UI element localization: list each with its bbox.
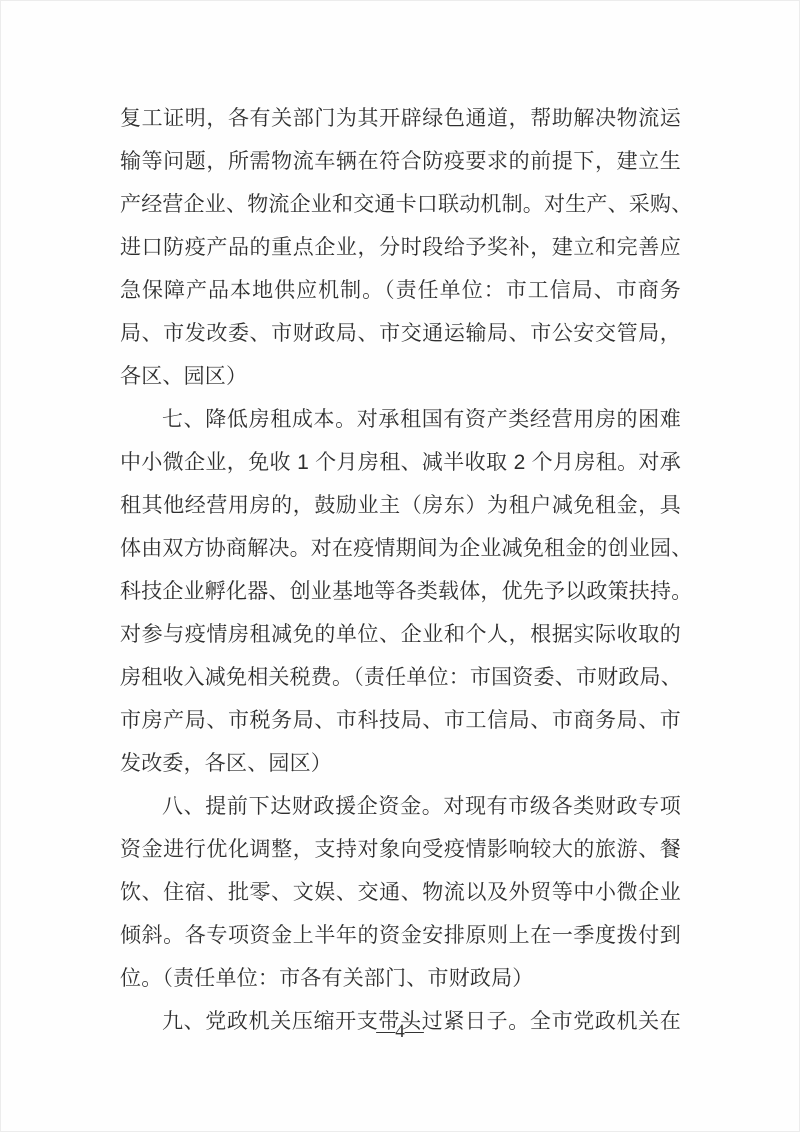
text-line: 发改委，各区、园区）	[120, 742, 681, 785]
paragraph: 七、降低房租成本。对承租国有资产类经营用房的困难 中小微企业，免收 1 个月房租…	[120, 398, 681, 785]
text-line: 位。（责任单位：市各有关部门、市财政局）	[120, 957, 681, 1000]
text-line: 复工证明，各有关部门为其开辟绿色通道，帮助解决物流运	[120, 97, 681, 140]
text-line: 对参与疫情房租减免的单位、企业和个人，根据实际收取的	[120, 613, 681, 656]
text-line: 中小微企业，免收 1 个月房租、减半收取 2 个月房租。对承	[120, 441, 681, 484]
page-number: —4—	[0, 1021, 800, 1043]
document-body: 复工证明，各有关部门为其开辟绿色通道，帮助解决物流运 输等问题，所需物流车辆在符…	[120, 97, 681, 1043]
text-line: 科技企业孵化器、创业基地等各类载体，优先予以政策扶持。	[120, 570, 681, 613]
text-line: 八、提前下达财政援企资金。对现有市级各类财政专项	[120, 785, 681, 828]
text-line: 急保障产品本地供应机制。（责任单位：市工信局、市商务	[120, 269, 681, 312]
text-line: 饮、住宿、批零、文娱、交通、物流以及外贸等中小微企业	[120, 871, 681, 914]
text-line: 市房产局、市税务局、市科技局、市工信局、市商务局、市	[120, 699, 681, 742]
text-line: 产经营企业、物流企业和交通卡口联动机制。对生产、采购、	[120, 183, 681, 226]
paragraph: 复工证明，各有关部门为其开辟绿色通道，帮助解决物流运 输等问题，所需物流车辆在符…	[120, 97, 681, 398]
text-line: 倾斜。各专项资金上半年的资金安排原则上在一季度拨付到	[120, 914, 681, 957]
text-line: 体由双方协商解决。对在疫情期间为企业减免租金的创业园、	[120, 527, 681, 570]
text-line: 七、降低房租成本。对承租国有资产类经营用房的困难	[120, 398, 681, 441]
text-line: 房租收入减免相关税费。（责任单位：市国资委、市财政局、	[120, 656, 681, 699]
text-line: 局、市发改委、市财政局、市交通运输局、市公安交管局，	[120, 312, 681, 355]
text-line: 进口防疫产品的重点企业，分时段给予奖补，建立和完善应	[120, 226, 681, 269]
paragraph: 八、提前下达财政援企资金。对现有市级各类财政专项 资金进行优化调整，支持对象向受…	[120, 785, 681, 1000]
text-line: 资金进行优化调整，支持对象向受疫情影响较大的旅游、餐	[120, 828, 681, 871]
text-line: 租其他经营用房的，鼓励业主（房东）为租户减免租金，具	[120, 484, 681, 527]
text-line: 各区、园区）	[120, 355, 681, 398]
text-line: 输等问题，所需物流车辆在符合防疫要求的前提下，建立生	[120, 140, 681, 183]
document-page: 复工证明，各有关部门为其开辟绿色通道，帮助解决物流运 输等问题，所需物流车辆在符…	[0, 0, 800, 1132]
